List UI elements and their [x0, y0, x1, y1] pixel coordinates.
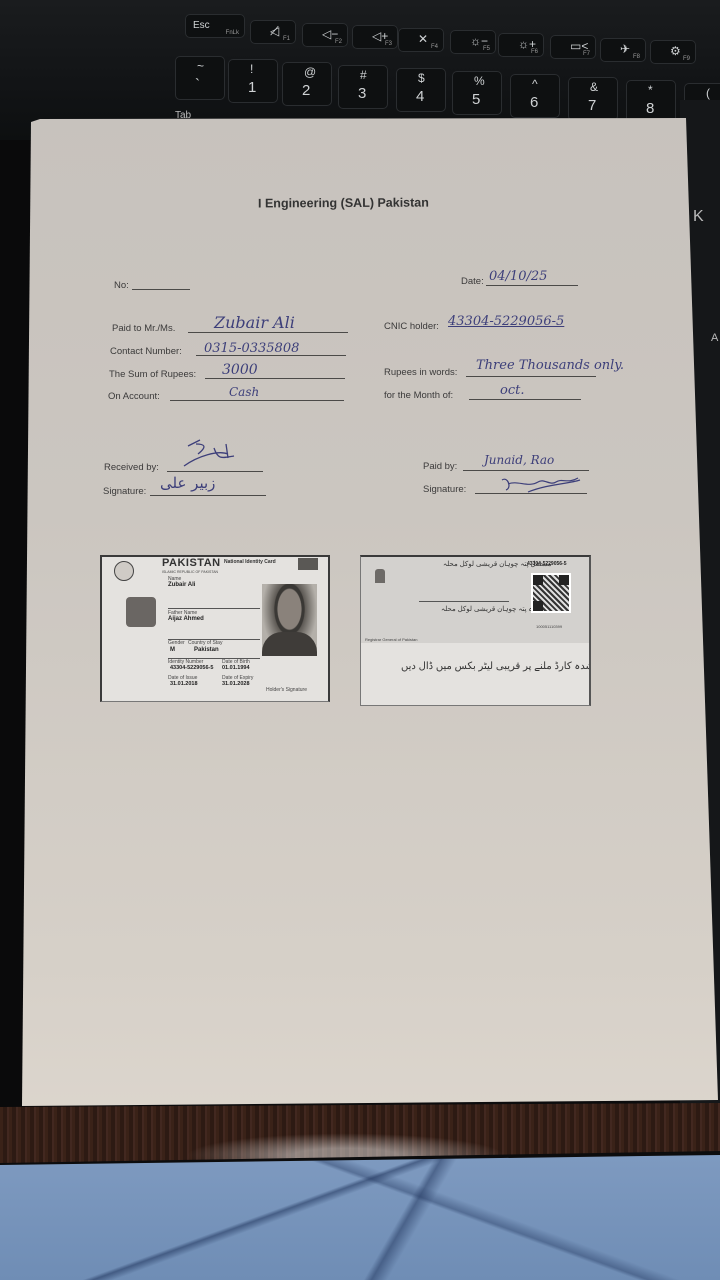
qr-code	[531, 573, 571, 613]
card-subtitle: ISLAMIC REPUBLIC OF PAKISTAN	[162, 570, 218, 574]
cnic-front-copy: PAKISTAN National Identity Card ISLAMIC …	[100, 555, 330, 702]
state-emblem-icon	[114, 561, 134, 581]
cnic-back-copy: مستقل پتہ چوہان قریشی لوکل محلہ 43304-52…	[360, 555, 591, 706]
card-country: PAKISTAN	[162, 557, 221, 569]
month-of-line	[469, 399, 581, 400]
receipt-document: I Engineering (SAL) Pakistan No: Date: 0…	[0, 0, 720, 1280]
date-value: 04/10/25	[489, 269, 547, 284]
blue-cloth	[0, 1155, 720, 1280]
received-by-signature	[178, 436, 238, 472]
on-account-label: On Account:	[108, 391, 160, 402]
paid-by-signature	[498, 474, 584, 496]
card-identity-number: 43304-5229056-5	[170, 665, 213, 671]
sum-of-rupees-label: The Sum of Rupees:	[109, 369, 196, 380]
received-signature-line	[150, 495, 266, 496]
sum-of-rupees-value: 3000	[222, 362, 258, 378]
date-label: Date:	[461, 276, 484, 287]
divider	[168, 608, 260, 609]
gender-label: Gender	[168, 640, 185, 646]
paid-to-value: Zubair Ali	[214, 313, 295, 332]
company-title: I Engineering (SAL) Pakistan	[258, 196, 429, 211]
paid-signature-label: Signature:	[423, 484, 466, 495]
card-serial-number: 100051110399	[536, 624, 562, 629]
rupees-in-words-label: Rupees in words:	[384, 367, 457, 378]
sum-of-rupees-line	[205, 378, 345, 379]
month-of-value: oct.	[500, 383, 524, 398]
month-of-label: for the Month of:	[384, 390, 453, 401]
paid-by-value: Junaid, Rao	[484, 453, 554, 467]
paid-by-label: Paid by:	[423, 461, 457, 472]
card-expiry-date: 31.01.2028	[222, 681, 250, 687]
back-cnic-number: 43304-5229056-5	[527, 561, 566, 567]
hologram-icon	[126, 597, 156, 627]
portrait-thumbnail	[375, 569, 385, 583]
holder-signature-label: Holder's Signature	[266, 687, 307, 693]
on-account-value: Cash	[229, 385, 259, 399]
card-gender: M	[170, 647, 175, 653]
holder-photo-shoulders	[262, 632, 317, 656]
card-name: Zubair Ali	[168, 582, 195, 588]
country-stay-label: Country of Stay	[188, 640, 222, 646]
rupees-in-words-value: Three Thousands only.	[476, 358, 624, 373]
no-line	[132, 289, 190, 290]
card-type: National Identity Card	[224, 559, 276, 565]
paid-to-line	[188, 332, 348, 333]
received-by-label: Received by:	[104, 462, 159, 473]
divider	[419, 601, 509, 602]
rupees-in-words-line	[466, 376, 596, 377]
contact-number-label: Contact Number:	[110, 346, 182, 357]
lost-card-notice: گمشدہ کارڈ ملنے پر قریبی لیٹر بکس میں ڈا…	[401, 661, 591, 672]
date-line	[486, 285, 578, 286]
paid-to-label: Paid to Mr./Ms.	[112, 323, 175, 334]
received-signature-label: Signature:	[103, 486, 146, 497]
no-label: No:	[114, 280, 129, 291]
contact-number-value: 0315-0335808	[204, 341, 299, 356]
cnic-holder-value: 43304-5229056-5	[448, 314, 564, 329]
flag-icon	[298, 558, 318, 570]
cnic-holder-label: CNIC holder:	[384, 321, 439, 332]
received-signature-value: زبیر علی	[160, 474, 215, 492]
card-issue-date: 31.01.2018	[170, 681, 198, 687]
on-account-line	[170, 400, 344, 401]
card-country-stay: Pakistan	[194, 647, 219, 653]
card-father-name: Aijaz Ahmed	[168, 616, 204, 622]
card-dob: 01.01.1994	[222, 665, 250, 671]
paid-by-line	[463, 470, 589, 471]
registrar-label: Registrar General of Pakistan	[365, 637, 417, 642]
